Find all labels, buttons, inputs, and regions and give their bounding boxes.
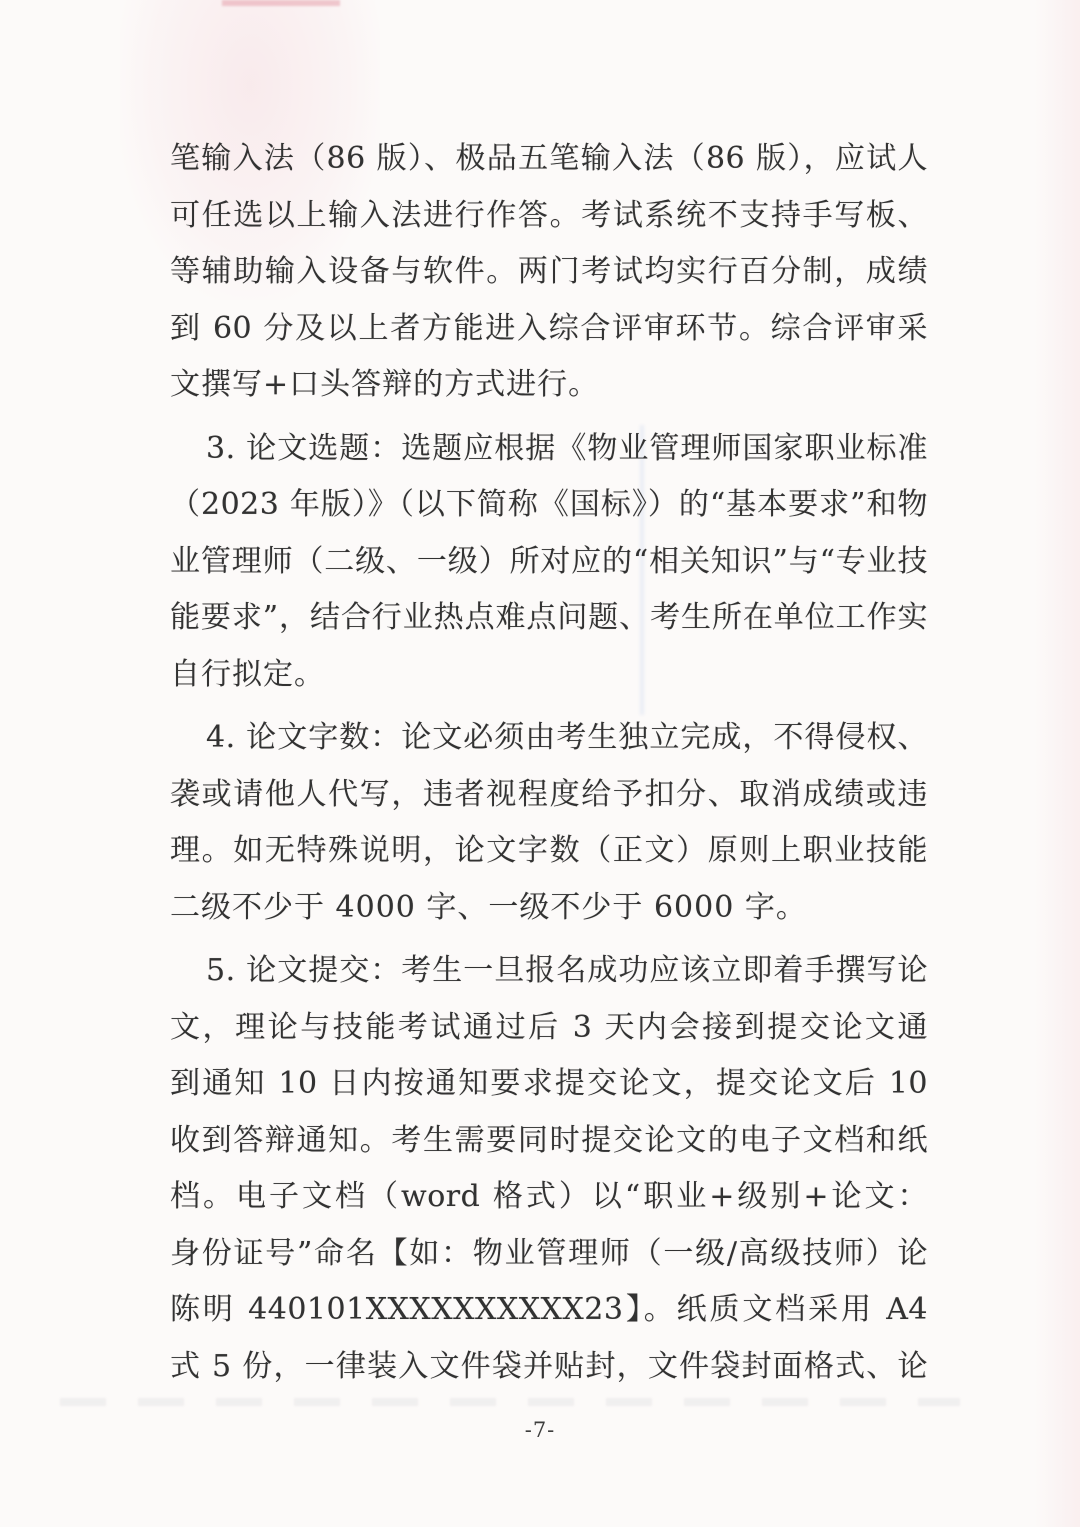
text-line: 档。电子文档（word 格式）以“职业+级别+论文：+姓名+	[170, 1169, 928, 1226]
text-line: 身份证号”命名【如：物业管理师（一级/高级技师）论文：	[170, 1226, 928, 1283]
document-body: 笔输入法（86 版）、极品五笔输入法（86 版），应试人员 可任选以上输入法进行…	[170, 131, 928, 1395]
text-line: 到 60 分及以上者方能进入综合评审环节。综合评审采取论	[170, 301, 928, 358]
text-line: 袭或请他人代写，违者视程度给予扣分、取消成绩或违纪处	[170, 767, 928, 824]
text-line: （2023 年版）》（以下简称《国标》）的“基本要求”和物	[170, 477, 928, 534]
scan-noise-band	[60, 1398, 960, 1406]
text-line: 陈明 440101XXXXXXXXXX23】。纸质文档采用 A4 纸打印，一	[170, 1282, 928, 1339]
text-line: 自行拟定。	[170, 647, 928, 704]
text-line: 文撰写+口头答辩的方式进行。	[170, 357, 928, 414]
text-line: 等辅助输入设备与软件。两门考试均实行百分制，成绩皆达	[170, 244, 928, 301]
text-line: 可任选以上输入法进行作答。考试系统不支持手写板、语音	[170, 188, 928, 245]
text-line: 能要求”，结合行业热点难点问题、考生所在单位工作实际	[170, 590, 928, 647]
text-line: 二级不少于 4000 字、一级不少于 6000 字。	[170, 880, 928, 937]
text-line: 式 5 份，一律装入文件袋并贴封，文件袋封面格式、论文封	[170, 1339, 928, 1396]
text-line: 到通知 10 日内按通知要求提交论文，提交论文后 10 日内会	[170, 1056, 928, 1113]
text-line-item-5: 5. 论文提交：考生一旦报名成功应该立即着手撰写论	[170, 943, 928, 1000]
text-line: 业管理师（二级、一级）所对应的“相关知识”与“专业技	[170, 534, 928, 591]
text-line: 收到答辩通知。考生需要同时提交论文的电子文档和纸质文	[170, 1113, 928, 1170]
text-line: 笔输入法（86 版）、极品五笔输入法（86 版），应试人员	[170, 131, 928, 188]
document-page: 笔输入法（86 版）、极品五笔输入法（86 版），应试人员 可任选以上输入法进行…	[0, 0, 1080, 1527]
page-number: -7-	[0, 1415, 1080, 1445]
scan-artifact-top-edge	[222, 0, 340, 6]
text-line: 理。如无特殊说明，论文字数（正文）原则上职业技能等级	[170, 823, 928, 880]
scan-tint-right-edge	[1034, 0, 1080, 1527]
text-line-item-4: 4. 论文字数：论文必须由考生独立完成，不得侵权、抄	[170, 710, 928, 767]
text-line: 文，理论与技能考试通过后 3 天内会接到提交论文通知，接	[170, 1000, 928, 1057]
text-line-item-3: 3. 论文选题：选题应根据《物业管理师国家职业标准	[170, 421, 928, 478]
